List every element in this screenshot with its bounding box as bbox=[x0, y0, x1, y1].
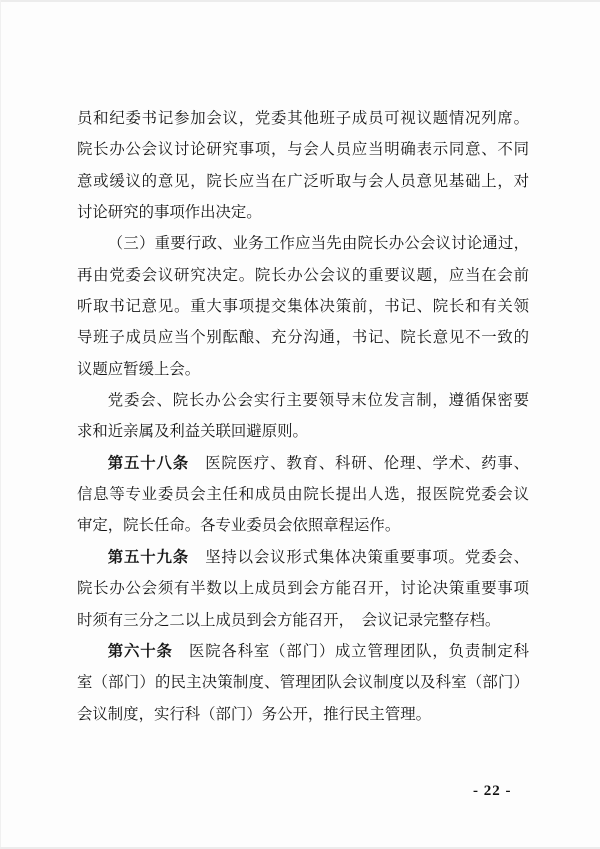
article-number-label: 第五十八条 bbox=[108, 455, 189, 472]
line-text: 议题应暂缓上会。 bbox=[77, 361, 200, 378]
document-line: 第五十八条 医院医疗、教育、科研、伦理、学术、药事、 bbox=[77, 448, 529, 479]
scan-edge-top bbox=[0, 0, 600, 2]
document-line: 审定，院长任命。各专业委员会依照章程运作。 bbox=[77, 510, 529, 541]
article-number-label: 第五十九条 bbox=[108, 549, 189, 566]
document-line: 员和纪委书记参加会议，党委其他班子成员可视议题情况列席。 bbox=[77, 103, 529, 134]
document-line: 党委会、院长办公会实行主要领导末位发言制，遵循保密要 bbox=[77, 385, 529, 416]
document-line: 导班子成员应当个别酝酿、充分沟通，书记、院长意见不一致的 bbox=[77, 322, 529, 353]
article-number-label: 第六十条 bbox=[108, 643, 173, 660]
document-line: 再由党委会议研究决定。院长办公会议的重要议题，应当在会前 bbox=[77, 260, 529, 291]
document-page: 员和纪委书记参加会议，党委其他班子成员可视议题情况列席。 院长办公会议讨论研究事… bbox=[0, 0, 600, 849]
document-line: 院长办公会议讨论研究事项，与会人员应当明确表示同意、不同 bbox=[77, 134, 529, 165]
document-line: 第五十九条 坚持以会议形式集体决策重要事项。党委会、 bbox=[77, 542, 529, 573]
line-text: 信息等专业委员会主任和成员由院长提出人选，报医院党委会议 bbox=[77, 486, 529, 503]
line-text: 求和近亲属及利益关联回避原则。 bbox=[77, 423, 308, 440]
document-line: 院长办公会须有半数以上成员到会方能召开，讨论决策重要事项 bbox=[77, 573, 529, 604]
page-number: - 22 - bbox=[473, 783, 512, 800]
document-line: 室（部门）的民主决策制度、管理团队会议制度以及科室（部门） bbox=[77, 667, 529, 698]
document-line: 讨论研究的事项作出决定。 bbox=[77, 197, 529, 228]
document-line: （三）重要行政、业务工作应当先由院长办公会议讨论通过， bbox=[77, 228, 529, 259]
line-text: 员和纪委书记参加会议，党委其他班子成员可视议题情况列席。 bbox=[77, 110, 529, 127]
line-text: 医院医疗、教育、科研、伦理、学术、药事、 bbox=[189, 455, 529, 472]
line-text: 坚持以会议形式集体决策重要事项。党委会、 bbox=[189, 549, 529, 566]
document-line: 听取书记意见。重大事项提交集体决策前，书记、院长和有关领 bbox=[77, 291, 529, 322]
line-text: 室（部门）的民主决策制度、管理团队会议制度以及科室（部门） bbox=[77, 674, 529, 691]
line-text: 院长办公会须有半数以上成员到会方能召开，讨论决策重要事项 bbox=[77, 580, 529, 597]
document-line: 信息等专业委员会主任和成员由院长提出人选，报医院党委会议 bbox=[77, 479, 529, 510]
document-body: 员和纪委书记参加会议，党委其他班子成员可视议题情况列席。 院长办公会议讨论研究事… bbox=[77, 103, 529, 730]
line-text: 听取书记意见。重大事项提交集体决策前，书记、院长和有关领 bbox=[77, 298, 529, 315]
scan-edge-left bbox=[0, 0, 1, 849]
line-text: 会议制度，实行科（部门）务公开，推行民主管理。 bbox=[77, 706, 431, 723]
line-text: 时须有三分之二以上成员到会方能召开， 会议记录完整存档。 bbox=[77, 612, 500, 629]
line-text: 院长办公会议讨论研究事项，与会人员应当明确表示同意、不同 bbox=[77, 141, 529, 158]
document-line: 时须有三分之二以上成员到会方能召开， 会议记录完整存档。 bbox=[77, 605, 529, 636]
document-line: 第六十条 医院各科室（部门）成立管理团队，负责制定科 bbox=[77, 636, 529, 667]
document-line: 求和近亲属及利益关联回避原则。 bbox=[77, 416, 529, 447]
line-text: （三）重要行政、业务工作应当先由院长办公会议讨论通过， bbox=[108, 235, 529, 252]
line-text: 再由党委会议研究决定。院长办公会议的重要议题，应当在会前 bbox=[77, 267, 529, 284]
line-text: 党委会、院长办公会实行主要领导末位发言制，遵循保密要 bbox=[108, 392, 529, 409]
line-text: 导班子成员应当个别酝酿、充分沟通，书记、院长意见不一致的 bbox=[77, 329, 529, 346]
line-text: 审定，院长任命。各专业委员会依照章程运作。 bbox=[77, 517, 400, 534]
line-text: 意或缓议的意见，院长应当在广泛听取与会人员意见基础上，对 bbox=[77, 173, 529, 190]
document-line: 议题应暂缓上会。 bbox=[77, 354, 529, 385]
line-text: 讨论研究的事项作出决定。 bbox=[77, 204, 262, 221]
document-line: 会议制度，实行科（部门）务公开，推行民主管理。 bbox=[77, 699, 529, 730]
line-text: 医院各科室（部门）成立管理团队，负责制定科 bbox=[173, 643, 529, 660]
document-line: 意或缓议的意见，院长应当在广泛听取与会人员意见基础上，对 bbox=[77, 166, 529, 197]
